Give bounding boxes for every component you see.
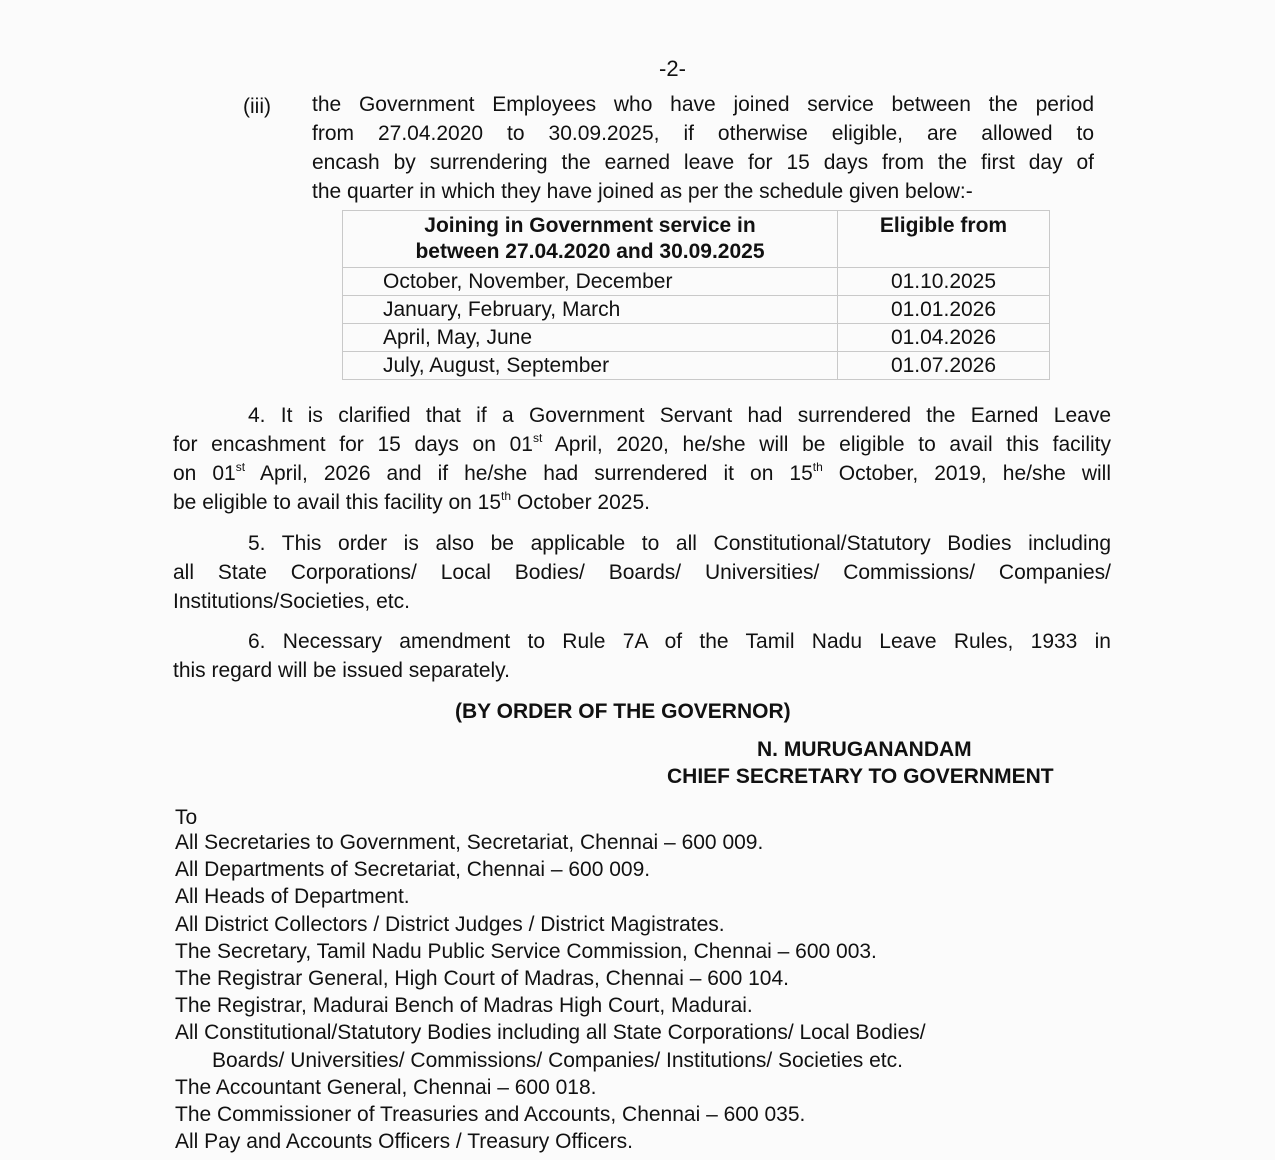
recipient: The Accountant General, Chennai – 600 01…: [175, 1074, 926, 1101]
quarter-cell: October, November, December: [343, 268, 838, 296]
table-row: October, November, December 01.10.2025: [343, 268, 1050, 296]
recipient: All Departments of Secretariat, Chennai …: [175, 856, 926, 883]
quarter-cell: April, May, June: [343, 324, 838, 352]
signatory-title: CHIEF SECRETARY TO GOVERNMENT: [667, 765, 1054, 789]
clause-text: the Government Employees who have joined…: [312, 91, 1094, 207]
paragraph-6: 6. Necessary amendment to Rule 7A of the…: [173, 628, 1111, 686]
clause-line: from 27.04.2020 to 30.09.2025, if otherw…: [312, 120, 1094, 149]
quarter-cell: July, August, September: [343, 352, 838, 380]
to-label: To: [175, 806, 197, 830]
recipient: All Constitutional/Statutory Bodies incl…: [175, 1019, 926, 1046]
recipient: The Registrar, Madurai Bench of Madras H…: [175, 992, 926, 1019]
paragraph-4: 4. It is clarified that if a Government …: [173, 402, 1111, 518]
table-header-row: Joining in Government service in between…: [343, 211, 1050, 268]
header-joining-period: Joining in Government service in between…: [343, 211, 838, 268]
schedule-table: Joining in Government service in between…: [342, 210, 1050, 380]
page-number: -2-: [0, 56, 1275, 82]
order-line: (BY ORDER OF THE GOVERNOR): [455, 700, 791, 724]
recipient: All Pay and Accounts Officers / Treasury…: [175, 1128, 926, 1155]
clause-line: encash by surrendering the earned leave …: [312, 149, 1094, 178]
recipient: All District Collectors / District Judge…: [175, 911, 926, 938]
signatory-name: N. MURUGANANDAM: [757, 738, 972, 762]
eligible-date-cell: 01.04.2026: [838, 324, 1050, 352]
table-row: July, August, September 01.07.2026: [343, 352, 1050, 380]
header-eligible-from: Eligible from: [838, 211, 1050, 268]
recipient: The Commissioner of Treasuries and Accou…: [175, 1101, 926, 1128]
eligible-date-cell: 01.10.2025: [838, 268, 1050, 296]
recipient: The Secretary, Tamil Nadu Public Service…: [175, 938, 926, 965]
quarter-cell: January, February, March: [343, 296, 838, 324]
recipient: The Registrar General, High Court of Mad…: [175, 965, 926, 992]
table-row: April, May, June 01.04.2026: [343, 324, 1050, 352]
recipient: All Heads of Department.: [175, 883, 926, 910]
recipient: All Secretaries to Government, Secretari…: [175, 829, 926, 856]
paragraph-5: 5. This order is also be applicable to a…: [173, 530, 1111, 617]
eligible-date-cell: 01.01.2026: [838, 296, 1050, 324]
clause-number: (iii): [243, 95, 271, 119]
clause-line: the Government Employees who have joined…: [312, 91, 1094, 120]
recipient-continuation: Boards/ Universities/ Commissions/ Compa…: [175, 1047, 926, 1074]
eligible-date-cell: 01.07.2026: [838, 352, 1050, 380]
recipients-list: All Secretaries to Government, Secretari…: [175, 829, 926, 1155]
table-row: January, February, March 01.01.2026: [343, 296, 1050, 324]
clause-line: the quarter in which they have joined as…: [312, 178, 1094, 207]
